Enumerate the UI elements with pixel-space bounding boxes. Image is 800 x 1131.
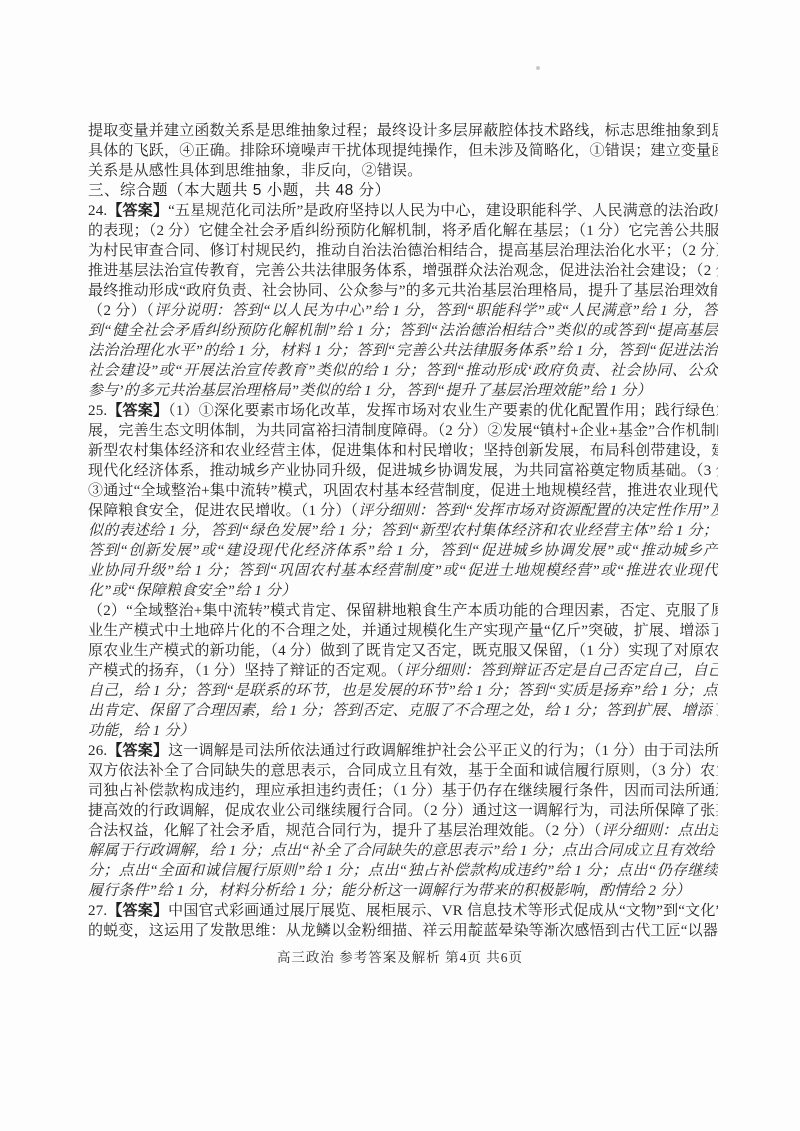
- scoring-rubric-text: 到“健全社会矛盾纠纷预防化解机制”给 1 分；答到“法治德治相结合”类似的或答到…: [88, 323, 718, 339]
- text-line: 关系是从感性具体到思维抽象，非反向，②错误。: [88, 161, 718, 181]
- text-line: 社会建设”或“开展法治宣传教育”类似的给 1 分；答到“推动形成‘政府负责、社会…: [88, 361, 718, 381]
- text-line: 26.【答案】这一调解是司法所依法通过行政调解维护社会公平正义的行为；（1 分）…: [88, 741, 718, 761]
- scoring-rubric-text: 功能，给 1 分）: [88, 723, 195, 739]
- answer-text: 中国官式彩画通过展厅展览、展柜展示、VR 信息技术等形式促成从“文物”到“文化”: [168, 903, 718, 919]
- text-line: （2 分）（评分说明：答到“以人民为中心”给 1 分，答到“职能科学”或“人民满…: [88, 301, 718, 321]
- text-line: 25.【答案】（1）①深化要素市场化改革，发挥市场对农业生产要素的优化配置作用；…: [88, 401, 718, 421]
- scoring-rubric-text: 出肯定、保留了合理因素，给 1 分；答到否定、克服了不合理之处，给 1 分；答到…: [88, 703, 718, 719]
- text-line: 出肯定、保留了合理因素，给 1 分；答到否定、克服了不合理之处，给 1 分；答到…: [88, 701, 718, 721]
- answer-text: 为村民审查合同、修订村规民约，推动自治法治德治相结合，提高基层治理法治化水平；（…: [88, 243, 718, 259]
- answer-text: 关系是从感性具体到思维抽象，非反向，②错误。: [88, 163, 422, 179]
- text-line: 27.【答案】中国官式彩画通过展厅展览、展柜展示、VR 信息技术等形式促成从“文…: [88, 901, 718, 921]
- text-line: 合法权益，化解了社会矛盾，规范合同行为，提升了基层治理效能。（2 分）（评分细则…: [88, 821, 718, 841]
- text-line: 捷高效的行政调解，促成农业公司继续履行合同。（2 分）通过这一调解行为，司法所保…: [88, 801, 718, 821]
- answer-text: （2 分）（: [88, 303, 154, 319]
- page-footer: 高三政治 参考答案及解析 第4页 共6页: [0, 946, 800, 966]
- text-line: 新型农村集体经济和农业经营主体，促进集体和村民增收；坚持创新发展，布局科创带建设…: [88, 441, 718, 461]
- answer-label: 【答案】: [107, 902, 168, 919]
- text-line: 法治治理化水平”的给 1 分，材料 1 分；答到“完善公共法律服务体系”给 1 …: [88, 341, 718, 361]
- answer-text-block: 提取变量并建立函数关系是思维抽象过程；最终设计多层屏蔽腔体技术路线，标志思维抽象…: [88, 121, 718, 941]
- answer-label: 【答案】: [107, 202, 168, 219]
- scoring-rubric-text: 评分细则：点出这一调: [601, 823, 718, 839]
- text-line: 业生产模式中土地碎片化的不合理之处，并通过规模化生产实现产量“亿斤”突破，扩展、…: [88, 621, 718, 641]
- scoring-rubric-text: 法治治理化水平”的给 1 分，材料 1 分；答到“完善公共法律服务体系”给 1 …: [88, 343, 718, 359]
- text-line: 的蜕变，这运用了发散思维：从龙鳞以金粉细描、祥云用靛蓝晕染等渐次感悟到古代工匠“…: [88, 921, 718, 941]
- text-line: 双方依法补全了合同缺失的意思表示，合同成立且有效，基于全面和诚信履行原则，（3 …: [88, 761, 718, 781]
- answer-text: 司独占补偿款构成违约，理应承担违约责任；（1 分）基于仍存在继续履行条件，因而司…: [88, 783, 718, 799]
- text-line: ③通过“全域整治+集中流转”模式，巩固农村基本经营制度，促进土地规模经营，推进农…: [88, 481, 718, 501]
- text-line: 司独占补偿款构成违约，理应承担违约责任；（1 分）基于仍存在继续履行条件，因而司…: [88, 781, 718, 801]
- text-line: 自己，给 1 分；答到“是联系的环节，也是发展的环节”给 1 分；答到“实质是扬…: [88, 681, 718, 701]
- scoring-rubric-text: 评分细则：答到辩证否定是自己否定自己，自己发展: [404, 663, 718, 679]
- answer-text: 25.: [88, 403, 107, 419]
- scoring-rubric-text: 业协同升级”给 1 分；答到“巩固农村基本经营制度”或“促进土地规模经营”或“推…: [88, 563, 718, 579]
- scoring-rubric-text: 化”或“保障粮食安全”给 1 分）: [88, 583, 296, 599]
- answer-text: （2）“全域整治+集中流转”模式肯定、保留耕地粮食生产本质功能的合理因素，否定、…: [88, 603, 718, 619]
- answer-text: 新型农村集体经济和农业经营主体，促进集体和村民增收；坚持创新发展，布局科创带建设…: [88, 443, 718, 459]
- scoring-rubric-text: 参与’的多元共治基层治理格局”类似的给 1 分，答到“提升了基层治理效能”给 1…: [88, 383, 652, 399]
- text-line: 答到“创新发展”或“建设现代化经济体系”给 1 分，答到“促进城乡协调发展”或“…: [88, 541, 718, 561]
- answer-text: 26.: [88, 743, 107, 759]
- answer-text: 展，完善生态文明体制，为共同富裕扫清制度障碍。（2 分）②发展“镇村+企业+基金…: [88, 423, 718, 439]
- scoring-rubric-text: 答到“创新发展”或“建设现代化经济体系”给 1 分，答到“促进城乡协调发展”或“…: [88, 543, 718, 559]
- answer-text: 保障粮食安全，促进农民增收。（1 分）（: [88, 503, 358, 519]
- answer-text: 的蜕变，这运用了发散思维：从龙鳞以金粉细描、祥云用靛蓝晕染等渐次感悟到古代工匠“…: [88, 923, 718, 939]
- answer-label: 【答案】: [107, 402, 168, 419]
- text-line: 提取变量并建立函数关系是思维抽象过程；最终设计多层屏蔽腔体技术路线，标志思维抽象…: [88, 121, 718, 141]
- answer-text: 24.: [88, 203, 107, 219]
- answer-text: “五星规范化司法所”是政府坚持以人民为中心，建设职能科学、人民满意的法治政府: [168, 203, 718, 219]
- answer-text: 的表现；（2 分）它健全社会矛盾纠纷预防化解机制，将矛盾化解在基层；（1 分）它…: [88, 223, 718, 239]
- text-line: 的表现；（2 分）它健全社会矛盾纠纷预防化解机制，将矛盾化解在基层；（1 分）它…: [88, 221, 718, 241]
- answer-text: ③通过“全域整治+集中流转”模式，巩固农村基本经营制度，促进土地规模经营，推进农…: [88, 483, 718, 499]
- scoring-rubric-text: 分；点出“全面和诚信履行原则”给 1 分；点出“独占补偿款构成违约”给 1 分；…: [88, 863, 718, 879]
- answer-text: 三、综合题（本大题共 5 小题，共 48 分）: [88, 182, 391, 199]
- text-line: 解属于行政调解，给 1 分；点出“补全了合同缺失的意思表示”给 1 分；点出合同…: [88, 841, 718, 861]
- scoring-rubric-text: 似的表述给 1 分，答到“绿色发展”给 1 分；答到“新型农村集体经济和农业经营…: [88, 523, 718, 539]
- text-line: 为村民审查合同、修订村规民约，推动自治法治德治相结合，提高基层治理法治化水平；（…: [88, 241, 718, 261]
- scoring-rubric-text: 评分细则：答到“发挥市场对资源配置的决定性作用”及类: [358, 503, 718, 519]
- scoring-rubric-text: 社会建设”或“开展法治宣传教育”类似的给 1 分；答到“推动形成‘政府负责、社会…: [88, 363, 718, 379]
- text-line: 保障粮食安全，促进农民增收。（1 分）（评分细则：答到“发挥市场对资源配置的决定…: [88, 501, 718, 521]
- scoring-rubric-text: 履行条件”给 1 分，材料分析给 1 分；能分析这一调解行为带来的积极影响，酌情…: [88, 883, 691, 899]
- text-line: 现代化经济体系，推动城乡产业协同升级，促进城乡协调发展，为共同富裕奠定物质基础。…: [88, 461, 718, 481]
- answer-text: 业生产模式中土地碎片化的不合理之处，并通过规模化生产实现产量“亿斤”突破，扩展、…: [88, 623, 718, 639]
- scanned-answer-page: 提取变量并建立函数关系是思维抽象过程；最终设计多层屏蔽腔体技术路线，标志思维抽象…: [0, 0, 800, 1131]
- answer-text: 双方依法补全了合同缺失的意思表示，合同成立且有效，基于全面和诚信履行原则，（3 …: [88, 763, 718, 779]
- answer-text: 27.: [88, 903, 107, 919]
- answer-text: 捷高效的行政调解，促成农业公司继续履行合同。（2 分）通过这一调解行为，司法所保…: [88, 803, 718, 819]
- text-line: 似的表述给 1 分，答到“绿色发展”给 1 分；答到“新型农村集体经济和农业经营…: [88, 521, 718, 541]
- text-line: 推进基层法治宣传教育，完善公共法律服务体系，增强群众法治观念，促进法治社会建设；…: [88, 261, 718, 281]
- answer-text: 这一调解是司法所依法通过行政调解维护社会公平正义的行为；（1 分）由于司法所引导: [168, 743, 718, 759]
- scan-artifact-dot: [536, 66, 540, 70]
- section-heading: 三、综合题（本大题共 5 小题，共 48 分）: [88, 181, 718, 201]
- text-line: 具体的飞跃，④正确。排除环境噪声干扰体现提纯操作，但未涉及简略化，①错误；建立变…: [88, 141, 718, 161]
- text-line: （2）“全域整治+集中流转”模式肯定、保留耕地粮食生产本质功能的合理因素，否定、…: [88, 601, 718, 621]
- answer-label: 【答案】: [107, 742, 168, 759]
- text-line: 化”或“保障粮食安全”给 1 分）: [88, 581, 718, 601]
- text-line: 最终推动形成“政府负责、社会协同、公众参与”的多元共治基层治理格局，提升了基层治…: [88, 281, 718, 301]
- text-line: 履行条件”给 1 分，材料分析给 1 分；能分析这一调解行为带来的积极影响，酌情…: [88, 881, 718, 901]
- answer-text: 提取变量并建立函数关系是思维抽象过程；最终设计多层屏蔽腔体技术路线，标志思维抽象…: [88, 123, 718, 139]
- text-line: 展，完善生态文明体制，为共同富裕扫清制度障碍。（2 分）②发展“镇村+企业+基金…: [88, 421, 718, 441]
- answer-text: 推进基层法治宣传教育，完善公共法律服务体系，增强群众法治观念，促进法治社会建设；…: [88, 263, 718, 279]
- answer-text: 产模式的扬弃，（1 分）坚持了辩证的否定观。（: [88, 663, 404, 679]
- text-line: 产模式的扬弃，（1 分）坚持了辩证的否定观。（评分细则：答到辩证否定是自己否定自…: [88, 661, 718, 681]
- text-line: 24.【答案】“五星规范化司法所”是政府坚持以人民为中心，建设职能科学、人民满意…: [88, 201, 718, 221]
- answer-text: 合法权益，化解了社会矛盾，规范合同行为，提升了基层治理效能。（2 分）（: [88, 823, 601, 839]
- scoring-rubric-text: 解属于行政调解，给 1 分；点出“补全了合同缺失的意思表示”给 1 分；点出合同…: [88, 843, 718, 859]
- text-line: 到“健全社会矛盾纠纷预防化解机制”给 1 分；答到“法治德治相结合”类似的或答到…: [88, 321, 718, 341]
- answer-text: 具体的飞跃，④正确。排除环境噪声干扰体现提纯操作，但未涉及简略化，①错误；建立变…: [88, 143, 718, 159]
- answer-text: 原农业生产模式的新功能，（4 分）做到了既肯定又否定，既克服又保留，（1 分）实…: [88, 643, 718, 659]
- scoring-rubric-text: 评分说明：答到“以人民为中心”给 1 分，答到“职能科学”或“人民满意”给 1 …: [154, 303, 718, 319]
- answer-text: 最终推动形成“政府负责、社会协同、公众参与”的多元共治基层治理格局，提升了基层治…: [88, 283, 718, 299]
- text-line: 业协同升级”给 1 分；答到“巩固农村基本经营制度”或“促进土地规模经营”或“推…: [88, 561, 718, 581]
- text-line: 分；点出“全面和诚信履行原则”给 1 分；点出“独占补偿款构成违约”给 1 分；…: [88, 861, 718, 881]
- text-line: 原农业生产模式的新功能，（4 分）做到了既肯定又否定，既克服又保留，（1 分）实…: [88, 641, 718, 661]
- scoring-rubric-text: 自己，给 1 分；答到“是联系的环节，也是发展的环节”给 1 分；答到“实质是扬…: [88, 683, 718, 699]
- text-line: 功能，给 1 分）: [88, 721, 718, 741]
- text-line: 参与’的多元共治基层治理格局”类似的给 1 分，答到“提升了基层治理效能”给 1…: [88, 381, 718, 401]
- answer-text: （1）①深化要素市场化改革，发挥市场对农业生产要素的优化配置作用；践行绿色发: [168, 403, 718, 419]
- answer-text: 现代化经济体系，推动城乡产业协同升级，促进城乡协调发展，为共同富裕奠定物质基础。…: [88, 463, 718, 479]
